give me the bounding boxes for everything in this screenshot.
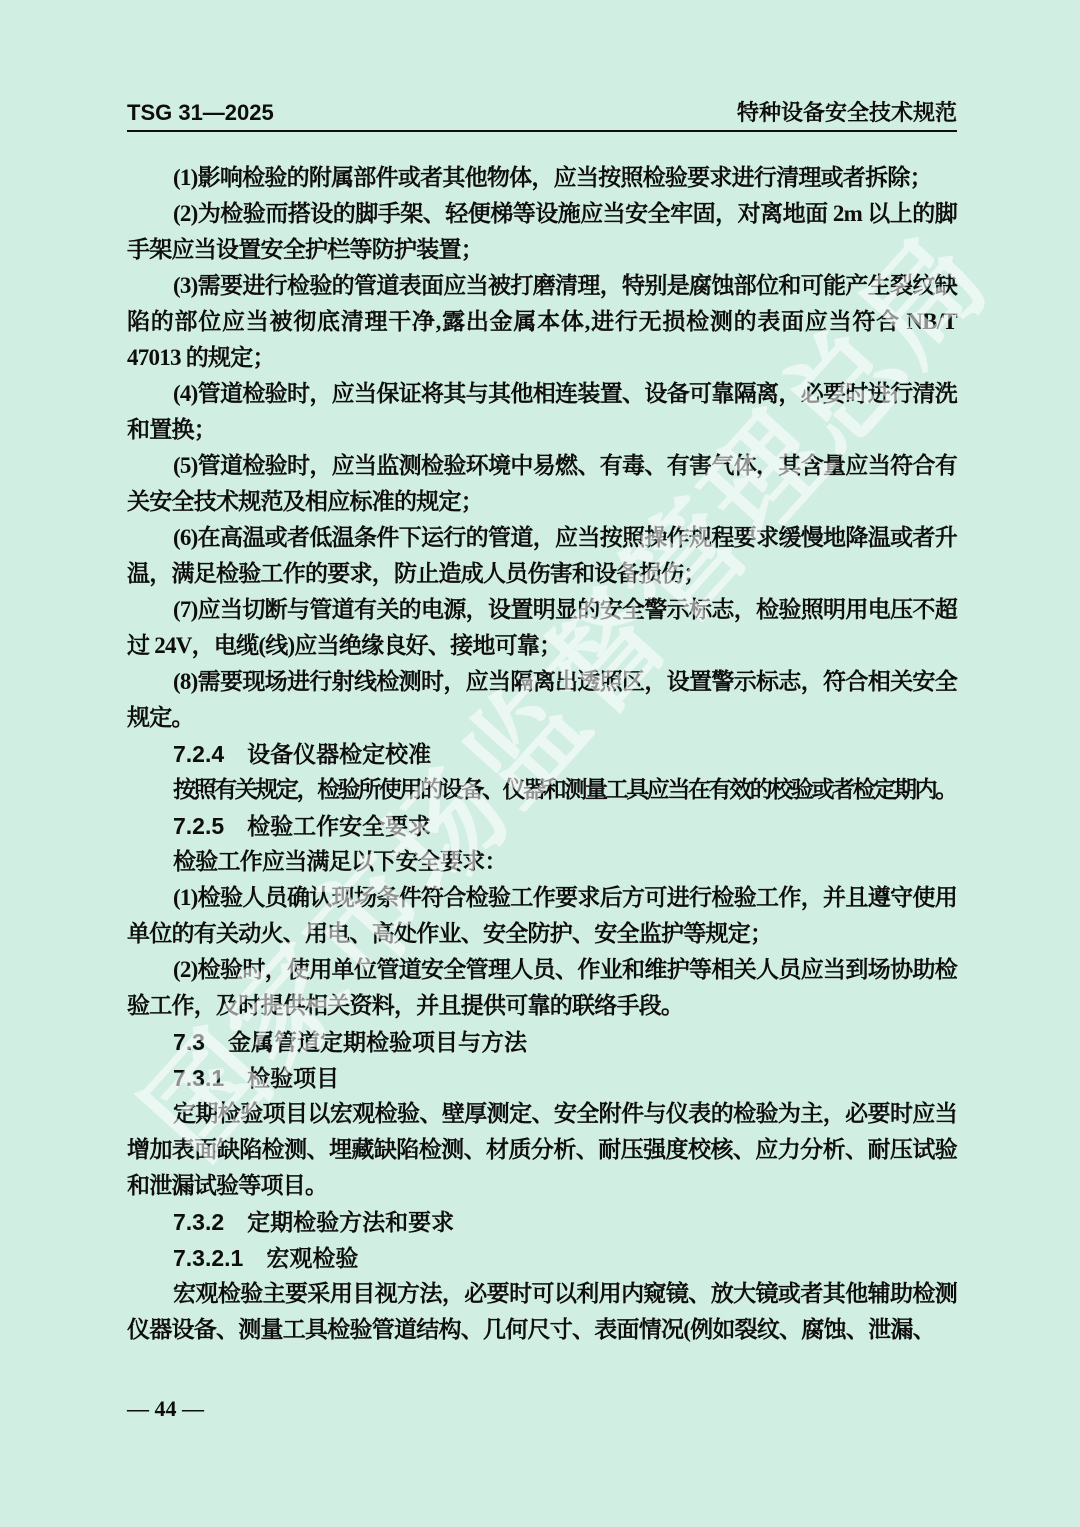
paragraph: 定期检验项目以宏观检验、壁厚测定、安全附件与仪表的检验为主，必要时应当增加表面缺… [127, 1096, 957, 1204]
page-number: — 44 — [127, 1396, 204, 1421]
header-doc-code: TSG 31—2025 [127, 101, 274, 125]
paragraph: 宏观检验主要采用目视方法，必要时可以利用内窥镜、放大镜或者其他辅助检测仪器设备、… [127, 1276, 957, 1348]
document-page: TSG 31—2025 特种设备安全技术规范 (1)影响检验的附属部件或者其他物… [0, 0, 1080, 1527]
page-header: TSG 31—2025 特种设备安全技术规范 [127, 101, 957, 125]
paragraph: (3)需要进行检验的管道表面应当被打磨清理，特别是腐蚀部位和可能产生裂纹缺陷的部… [127, 268, 957, 376]
paragraph: (6)在高温或者低温条件下运行的管道，应当按照操作规程要求缓慢地降温或者升温，满… [127, 520, 957, 592]
paragraph: (2)检验时，使用单位管道安全管理人员、作业和维护等相关人员应当到场协助检验工作… [127, 952, 957, 1024]
paragraph: (4)管道检验时，应当保证将其与其他相连装置、设备可靠隔离，必要时进行清洗和置换… [127, 376, 957, 448]
paragraph: (1)影响检验的附属部件或者其他物体，应当按照检验要求进行清理或者拆除； [127, 160, 957, 196]
paragraph: (1)检验人员确认现场条件符合检验工作要求后方可进行检验工作，并且遵守使用单位的… [127, 880, 957, 952]
section-heading: 7.3.1 检验项目 [127, 1060, 957, 1096]
paragraph: (5)管道检验时，应当监测检验环境中易燃、有毒、有害气体，其含量应当符合有关安全… [127, 448, 957, 520]
header-divider [127, 130, 957, 132]
paragraph: (8)需要现场进行射线检测时，应当隔离出透照区，设置警示标志，符合相关安全规定。 [127, 664, 957, 736]
document-body: (1)影响检验的附属部件或者其他物体，应当按照检验要求进行清理或者拆除；(2)为… [127, 160, 957, 1348]
header-doc-title: 特种设备安全技术规范 [737, 101, 957, 125]
section-heading: 7.3.2.1 宏观检验 [127, 1240, 957, 1276]
section-heading: 7.2.4 设备仪器检定校准 [127, 736, 957, 772]
page-footer: — 44 — [127, 1396, 204, 1422]
section-heading: 7.3.2 定期检验方法和要求 [127, 1204, 957, 1240]
paragraph: 检验工作应当满足以下安全要求： [127, 844, 957, 880]
paragraph: 按照有关规定，检验所使用的设备、仪器和测量工具应当在有效的校验或者检定期内。 [127, 772, 957, 808]
paragraph: (7)应当切断与管道有关的电源，设置明显的安全警示标志，检验照明用电压不超过 2… [127, 592, 957, 664]
paragraph: (2)为检验而搭设的脚手架、轻便梯等设施应当安全牢固，对离地面 2m 以上的脚手… [127, 196, 957, 268]
section-heading: 7.3 金属管道定期检验项目与方法 [127, 1024, 957, 1060]
section-heading: 7.2.5 检验工作安全要求 [127, 808, 957, 844]
